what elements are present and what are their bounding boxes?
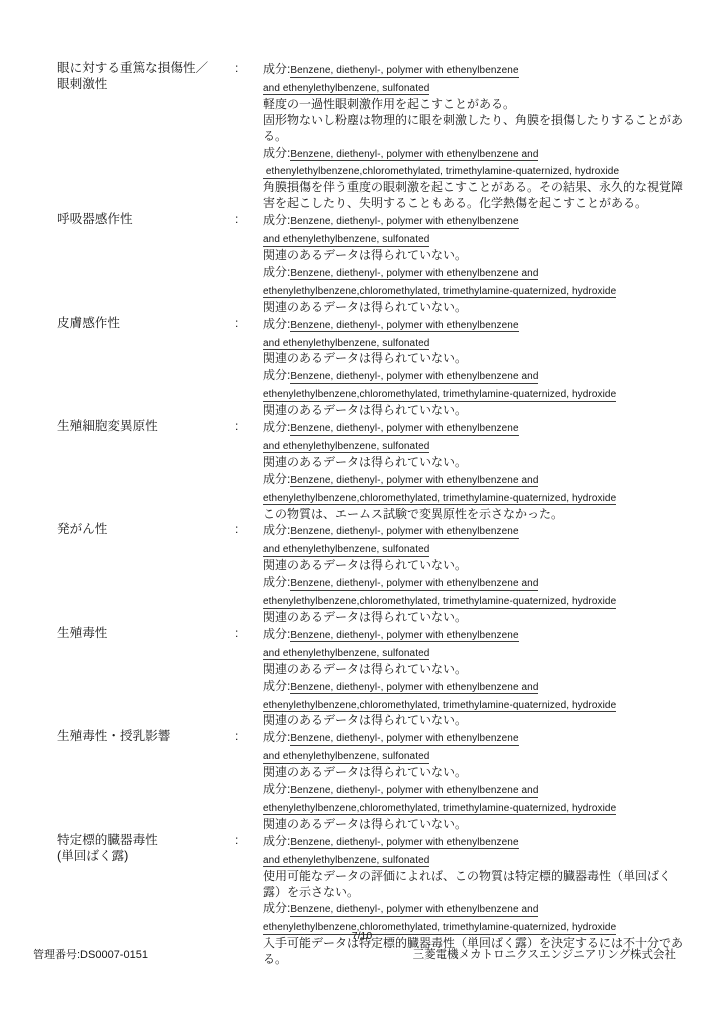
- component-name-line: 成分:Benzene, diethenyl-, polymer with eth…: [263, 781, 685, 799]
- component-name-line: 成分:Benzene, diethenyl-, polymer with eth…: [263, 833, 685, 851]
- component-prefix: 成分:: [263, 575, 290, 589]
- component-name-continuation: ethenylethylbenzene,chloromethylated, tr…: [263, 799, 685, 817]
- toxicity-section: 生殖毒性:成分:Benzene, diethenyl-, polymer wit…: [57, 626, 685, 729]
- toxicity-section: 発がん性:成分:Benzene, diethenyl-, polymer wit…: [57, 522, 685, 625]
- section-body: 成分:Benzene, diethenyl-, polymer with eth…: [263, 729, 685, 832]
- component-name-text: and ethenylethylbenzene, sulfonated: [263, 83, 429, 96]
- component-name-line: 成分:Benzene, diethenyl-, polymer with eth…: [263, 367, 685, 385]
- component-name-line: 成分:Benzene, diethenyl-, polymer with eth…: [263, 729, 685, 747]
- component-name-continuation: and ethenylethylbenzene, sulfonated: [263, 79, 685, 97]
- statement-text: 関連のあるデータは得られていない。: [263, 455, 685, 471]
- statement-text: この物質は、エームス試験で変異原性を示さなかった。: [263, 507, 685, 523]
- component-prefix: 成分:: [263, 62, 290, 76]
- component-name-text: and ethenylethylbenzene, sulfonated: [263, 648, 429, 661]
- label-colon-separator: :: [235, 833, 263, 849]
- section-body: 成分:Benzene, diethenyl-, polymer with eth…: [263, 419, 685, 522]
- component-name-continuation: and ethenylethylbenzene, sulfonated: [263, 644, 685, 662]
- component-name-line: 成分:Benzene, diethenyl-, polymer with eth…: [263, 316, 685, 334]
- component-prefix: 成分:: [263, 420, 290, 434]
- component-name-line: 成分:Benzene, diethenyl-, polymer with eth…: [263, 471, 685, 489]
- statement-text: 角膜損傷を伴う重度の眼刺激を起こすことがある。その結果、永久的な視覚障害を起こし…: [263, 180, 685, 212]
- component-name-text: and ethenylethylbenzene, sulfonated: [263, 855, 429, 868]
- component-name-continuation: ethenylethylbenzene,chloromethylated, tr…: [263, 696, 685, 714]
- company-name: 三菱電機メカトロニクスエンジニアリング株式会社: [413, 946, 676, 962]
- label-colon-separator: :: [235, 522, 263, 538]
- toxicity-section: 呼吸器感作性:成分:Benzene, diethenyl-, polymer w…: [57, 212, 685, 315]
- component-name-text: Benzene, diethenyl-, polymer with etheny…: [290, 423, 518, 436]
- component-name-text: Benzene, diethenyl-, polymer with etheny…: [290, 371, 538, 384]
- toxicity-section: 生殖細胞変異原性:成分:Benzene, diethenyl-, polymer…: [57, 419, 685, 522]
- component-prefix: 成分:: [263, 368, 290, 382]
- section-label-line: 呼吸器感作性: [57, 212, 235, 228]
- component-name-line: 成分:Benzene, diethenyl-, polymer with eth…: [263, 264, 685, 282]
- component-name-continuation: and ethenylethylbenzene, sulfonated: [263, 747, 685, 765]
- component-prefix: 成分:: [263, 679, 290, 693]
- toxicity-section: 生殖毒性・授乳影響:成分:Benzene, diethenyl-, polyme…: [57, 729, 685, 832]
- document-control-number: 管理番号:DS0007-0151: [33, 946, 148, 962]
- section-body: 成分:Benzene, diethenyl-, polymer with eth…: [263, 212, 685, 315]
- component-prefix: 成分:: [263, 523, 290, 537]
- component-name-text: ethenylethylbenzene,chloromethylated, tr…: [263, 596, 616, 609]
- component-name-text: Benzene, diethenyl-, polymer with etheny…: [290, 526, 518, 539]
- component-name-line: 成分:Benzene, diethenyl-, polymer with eth…: [263, 419, 685, 437]
- section-label: 生殖毒性・授乳影響: [57, 729, 235, 745]
- component-name-text: and ethenylethylbenzene, sulfonated: [263, 338, 429, 351]
- section-label-line: 特定標的臓器毒性: [57, 833, 235, 849]
- section-body: 成分:Benzene, diethenyl-, polymer with eth…: [263, 626, 685, 729]
- component-name-text: Benzene, diethenyl-, polymer with etheny…: [290, 733, 518, 746]
- component-name-text: ethenylethylbenzene,chloromethylated, tr…: [263, 166, 619, 179]
- statement-text: 関連のあるデータは得られていない。: [263, 558, 685, 574]
- section-label: 特定標的臓器毒性(単回ばく露): [57, 833, 235, 865]
- component-name-line: 成分:Benzene, diethenyl-, polymer with eth…: [263, 574, 685, 592]
- statement-text: 関連のあるデータは得られていない。: [263, 403, 685, 419]
- toxicity-section: 眼に対する重篤な損傷性／眼刺激性:成分:Benzene, diethenyl-,…: [57, 61, 685, 212]
- component-name-continuation: and ethenylethylbenzene, sulfonated: [263, 851, 685, 869]
- component-prefix: 成分:: [263, 627, 290, 641]
- component-prefix: 成分:: [263, 265, 290, 279]
- component-name-text: Benzene, diethenyl-, polymer with etheny…: [290, 475, 538, 488]
- component-name-line: 成分:Benzene, diethenyl-, polymer with eth…: [263, 145, 685, 163]
- component-name-text: Benzene, diethenyl-, polymer with etheny…: [290, 837, 518, 850]
- component-prefix: 成分:: [263, 146, 290, 160]
- toxicity-section: 皮膚感作性:成分:Benzene, diethenyl-, polymer wi…: [57, 316, 685, 419]
- component-name-text: Benzene, diethenyl-, polymer with etheny…: [290, 630, 518, 643]
- component-prefix: 成分:: [263, 472, 290, 486]
- component-name-line: 成分:Benzene, diethenyl-, polymer with eth…: [263, 626, 685, 644]
- component-name-text: and ethenylethylbenzene, sulfonated: [263, 751, 429, 764]
- component-name-text: ethenylethylbenzene,chloromethylated, tr…: [263, 493, 616, 506]
- section-label: 発がん性: [57, 522, 235, 538]
- label-colon-separator: :: [235, 61, 263, 77]
- component-name-text: and ethenylethylbenzene, sulfonated: [263, 234, 429, 247]
- section-label: 眼に対する重篤な損傷性／眼刺激性: [57, 61, 235, 93]
- section-label-line: (単回ばく露): [57, 849, 235, 865]
- label-colon-separator: :: [235, 316, 263, 332]
- component-name-continuation: ethenylethylbenzene,chloromethylated, tr…: [263, 282, 685, 300]
- component-name-continuation: and ethenylethylbenzene, sulfonated: [263, 437, 685, 455]
- component-name-continuation: ethenylethylbenzene,chloromethylated, tr…: [263, 162, 685, 180]
- component-name-continuation: and ethenylethylbenzene, sulfonated: [263, 334, 685, 352]
- document-body: 眼に対する重篤な損傷性／眼刺激性:成分:Benzene, diethenyl-,…: [57, 61, 685, 968]
- section-label-line: 眼刺激性: [57, 77, 235, 93]
- statement-text: 固形物ないし粉塵は物理的に眼を刺激したり、角膜を損傷したりすることがある。: [263, 113, 685, 145]
- component-prefix: 成分:: [263, 901, 290, 915]
- component-name-continuation: and ethenylethylbenzene, sulfonated: [263, 230, 685, 248]
- statement-text: 関連のあるデータは得られていない。: [263, 300, 685, 316]
- statement-text: 関連のあるデータは得られていない。: [263, 817, 685, 833]
- label-colon-separator: :: [235, 212, 263, 228]
- section-label-line: 皮膚感作性: [57, 316, 235, 332]
- component-name-text: Benzene, diethenyl-, polymer with etheny…: [290, 216, 518, 229]
- page-footer: 管理番号:DS0007-0151 三菱電機メカトロニクスエンジニアリング株式会社: [33, 946, 676, 962]
- component-name-text: Benzene, diethenyl-, polymer with etheny…: [290, 578, 538, 591]
- component-name-line: 成分:Benzene, diethenyl-, polymer with eth…: [263, 900, 685, 918]
- component-name-line: 成分:Benzene, diethenyl-, polymer with eth…: [263, 678, 685, 696]
- component-name-text: Benzene, diethenyl-, polymer with etheny…: [290, 268, 538, 281]
- component-name-continuation: ethenylethylbenzene,chloromethylated, tr…: [263, 592, 685, 610]
- section-label-line: 生殖毒性: [57, 626, 235, 642]
- label-colon-separator: :: [235, 729, 263, 745]
- component-name-text: Benzene, diethenyl-, polymer with etheny…: [290, 904, 538, 917]
- component-name-continuation: and ethenylethylbenzene, sulfonated: [263, 540, 685, 558]
- section-label-line: 発がん性: [57, 522, 235, 538]
- section-label: 呼吸器感作性: [57, 212, 235, 228]
- component-name-text: and ethenylethylbenzene, sulfonated: [263, 544, 429, 557]
- statement-text: 関連のあるデータは得られていない。: [263, 248, 685, 264]
- statement-text: 関連のあるデータは得られていない。: [263, 662, 685, 678]
- label-colon-separator: :: [235, 626, 263, 642]
- statement-text: 関連のあるデータは得られていない。: [263, 351, 685, 367]
- page-number: 7/10: [0, 929, 724, 943]
- statement-text: 軽度の一過性眼刺激作用を起こすことがある。: [263, 97, 685, 113]
- component-name-text: Benzene, diethenyl-, polymer with etheny…: [290, 65, 518, 78]
- component-prefix: 成分:: [263, 317, 290, 331]
- component-name-text: Benzene, diethenyl-, polymer with etheny…: [290, 149, 538, 162]
- sds-document-page: 眼に対する重篤な損傷性／眼刺激性:成分:Benzene, diethenyl-,…: [0, 0, 724, 1024]
- component-name-line: 成分:Benzene, diethenyl-, polymer with eth…: [263, 61, 685, 79]
- component-prefix: 成分:: [263, 782, 290, 796]
- statement-text: 関連のあるデータは得られていない。: [263, 765, 685, 781]
- component-name-text: ethenylethylbenzene,chloromethylated, tr…: [263, 389, 616, 402]
- component-name-text: Benzene, diethenyl-, polymer with etheny…: [290, 682, 538, 695]
- section-body: 成分:Benzene, diethenyl-, polymer with eth…: [263, 522, 685, 625]
- component-name-text: Benzene, diethenyl-, polymer with etheny…: [290, 320, 518, 333]
- component-name-line: 成分:Benzene, diethenyl-, polymer with eth…: [263, 522, 685, 540]
- section-body: 成分:Benzene, diethenyl-, polymer with eth…: [263, 61, 685, 212]
- statement-text: 関連のあるデータは得られていない。: [263, 610, 685, 626]
- statement-text: 使用可能なデータの評価によれば、この物質は特定標的臓器毒性（単回ばく露）を示さな…: [263, 869, 685, 901]
- component-name-text: Benzene, diethenyl-, polymer with etheny…: [290, 785, 538, 798]
- section-label-line: 眼に対する重篤な損傷性／: [57, 61, 235, 77]
- component-name-line: 成分:Benzene, diethenyl-, polymer with eth…: [263, 212, 685, 230]
- statement-text: 関連のあるデータは得られていない。: [263, 713, 685, 729]
- component-prefix: 成分:: [263, 213, 290, 227]
- component-prefix: 成分:: [263, 834, 290, 848]
- section-body: 成分:Benzene, diethenyl-, polymer with eth…: [263, 316, 685, 419]
- section-label-line: 生殖細胞変異原性: [57, 419, 235, 435]
- section-label: 生殖細胞変異原性: [57, 419, 235, 435]
- component-name-text: ethenylethylbenzene,chloromethylated, tr…: [263, 286, 616, 299]
- component-name-text: and ethenylethylbenzene, sulfonated: [263, 441, 429, 454]
- component-prefix: 成分:: [263, 730, 290, 744]
- component-name-continuation: ethenylethylbenzene,chloromethylated, tr…: [263, 385, 685, 403]
- component-name-continuation: ethenylethylbenzene,chloromethylated, tr…: [263, 489, 685, 507]
- section-label: 皮膚感作性: [57, 316, 235, 332]
- section-label: 生殖毒性: [57, 626, 235, 642]
- component-name-text: ethenylethylbenzene,chloromethylated, tr…: [263, 803, 616, 816]
- component-name-text: ethenylethylbenzene,chloromethylated, tr…: [263, 700, 616, 713]
- section-label-line: 生殖毒性・授乳影響: [57, 729, 235, 745]
- label-colon-separator: :: [235, 419, 263, 435]
